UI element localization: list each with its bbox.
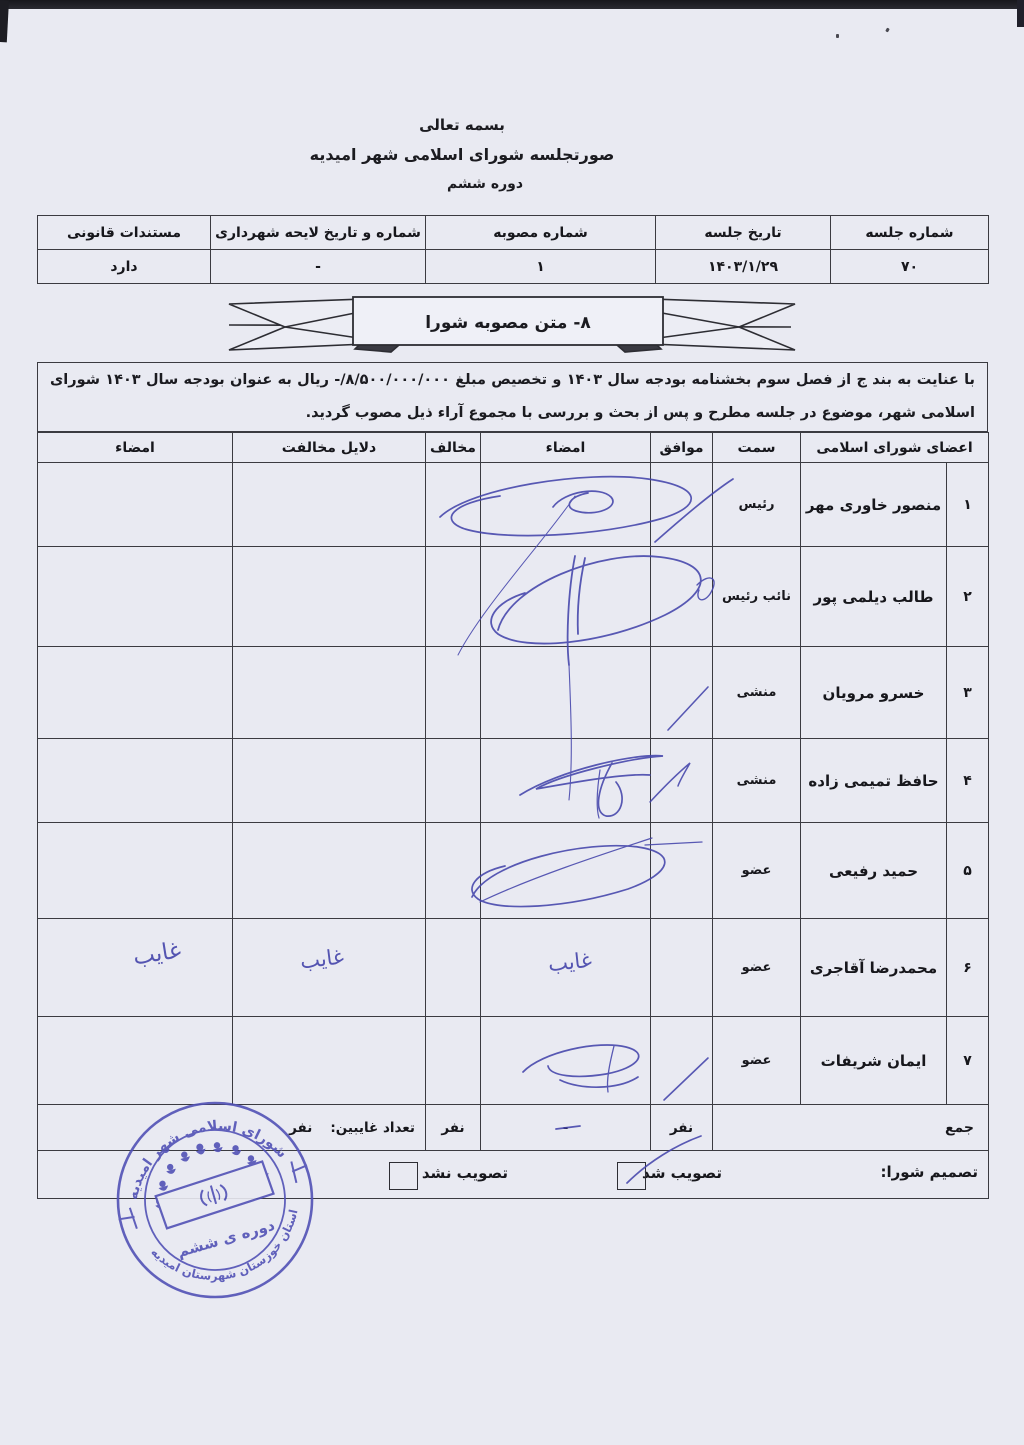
decision-row: تصمیم شورا: تصویب شد تصویب نشد (38, 1151, 989, 1199)
member-position: عضو (713, 919, 801, 1017)
scan-speck (836, 34, 839, 38)
col-session-date: تاریخ جلسه (656, 216, 831, 250)
info-header-row: شماره جلسه تاریخ جلسه شماره مصوبه شماره … (38, 216, 989, 250)
totals-row: جمع نفر - نفر تعداد غایبین:نفر (38, 1105, 989, 1151)
decision-label: تصمیم شورا: (881, 1163, 979, 1181)
col-agree: موافق (651, 433, 713, 463)
member-name: طالب دیلمی پور (801, 547, 947, 647)
member-number: ۷ (947, 1017, 989, 1105)
col-session-number: شماره جلسه (831, 216, 989, 250)
rejected-label: تصویب نشد (422, 1164, 508, 1182)
absents-label: تعداد غایبین: (330, 1120, 415, 1136)
session-date-value: ۱۴۰۳/۱/۲۹ (656, 250, 831, 284)
vote-table: اعضای شورای اسلامی سمت موافق امضاء مخالف… (37, 432, 989, 1199)
member-number: ۵ (947, 823, 989, 919)
session-info-table: شماره جلسه تاریخ جلسه شماره مصوبه شماره … (37, 215, 989, 284)
info-value-row: ۷۰ ۱۴۰۳/۱/۲۹ ۱ - دارد (38, 250, 989, 284)
totals-label: جمع (713, 1105, 989, 1151)
member-name: منصور خاوری مهر (801, 463, 947, 547)
oppose-total: نفر (426, 1105, 481, 1151)
besmele-line: بسمه تعالی (0, 118, 924, 133)
member-name: خسرو مرویان (801, 647, 947, 739)
member-position: منشی (713, 739, 801, 823)
absents-total: تعداد غایبین:نفر (38, 1105, 426, 1151)
member-position: منشی (713, 647, 801, 739)
col-position: سمت (713, 433, 801, 463)
col-resolution-number: شماره مصوبه (426, 216, 656, 250)
col-bill-number-date: شماره و تاریخ لایحه شهرداری (211, 216, 426, 250)
col-legal-docs: مستندات قانونی (38, 216, 211, 250)
member-row: ۴ حافظ تمیمی زاده منشی (38, 739, 989, 823)
col-signature: امضاء (481, 433, 651, 463)
signature-total-dash: - (481, 1105, 651, 1151)
member-position: عضو (713, 823, 801, 919)
resolution-text: با عنایت به بند ج از فصل سوم بخشنامه بود… (37, 362, 988, 432)
member-position: عضو (713, 1017, 801, 1105)
resolution-banner: ۸- متن مصوبه شورا (213, 294, 803, 358)
member-row: ۵ حمید رفیعی عضو (38, 823, 989, 919)
scanned-document-page: { "header": { "besmele": "بسمه تعالی", "… (0, 0, 1024, 1445)
col-signature-2: امضاء (38, 433, 233, 463)
member-row: ۶ محمدرضا آقاجری عضو (38, 919, 989, 1017)
member-position: رئیس (713, 463, 801, 547)
resolution-pre: با عنایت به بند ج از فصل سوم بخشنامه بود… (450, 372, 975, 388)
member-row: ۲ طالب دیلمی پور نائب رئیس (38, 547, 989, 647)
scan-edge-top-right (1017, 0, 1024, 27)
col-members: اعضای شورای اسلامی (801, 433, 989, 463)
decision-cell: تصمیم شورا: تصویب شد تصویب نشد (38, 1151, 989, 1199)
col-oppose: مخالف (426, 433, 481, 463)
member-position: نائب رئیس (713, 547, 801, 647)
vote-header-row: اعضای شورای اسلامی سمت موافق امضاء مخالف… (38, 433, 989, 463)
member-row: ۱ منصور خاوری مهر رئیس (38, 463, 989, 547)
agree-total: نفر (651, 1105, 713, 1151)
member-row: ۷ ایمان شریفات عضو (38, 1017, 989, 1105)
document-heading: بسمه تعالی صورتجلسه شورای اسلامی شهر امی… (0, 118, 924, 191)
rejected-checkbox[interactable] (389, 1162, 418, 1190)
approved-checkbox[interactable] (617, 1162, 646, 1190)
stamp-term-text: دوره ی ششم (175, 1216, 277, 1261)
member-name: حافظ تمیمی زاده (801, 739, 947, 823)
member-number: ۴ (947, 739, 989, 823)
absents-unit: نفر (289, 1120, 312, 1136)
page-title: صورتجلسه شورای اسلامی شهر امیدیه (0, 147, 924, 163)
session-number-value: ۷۰ (831, 250, 989, 284)
bill-number-value: - (211, 250, 426, 284)
col-oppose-reasons: دلایل مخالفت (233, 433, 426, 463)
legal-docs-value: دارد (38, 250, 211, 284)
scan-speck (885, 28, 890, 33)
approved-label: تصویب شد (642, 1164, 722, 1182)
member-name: ایمان شریفات (801, 1017, 947, 1105)
member-name: محمدرضا آقاجری (801, 919, 947, 1017)
member-number: ۲ (947, 547, 989, 647)
council-term: دوره ششم (46, 177, 924, 191)
member-number: ۱ (947, 463, 989, 547)
banner-label: ۸- متن مصوبه شورا (425, 313, 591, 333)
stamp-bottom-text: استان خوزستان شهرستان امیدیه (146, 1204, 314, 1301)
scan-edge-top-left (0, 0, 9, 42)
member-row: ۳ خسرو مرویان منشی (38, 647, 989, 739)
member-number: ۳ (947, 647, 989, 739)
member-number: ۶ (947, 919, 989, 1017)
scan-edge-top (0, 0, 1024, 9)
member-name: حمید رفیعی (801, 823, 947, 919)
resolution-number-value: ۱ (426, 250, 656, 284)
stamp-bottom-arc-text-holder: استان خوزستان شهرستان امیدیه (146, 1204, 314, 1301)
budget-amount: -/۸/۵۰۰/۰۰۰/۰۰۰ (334, 364, 450, 397)
